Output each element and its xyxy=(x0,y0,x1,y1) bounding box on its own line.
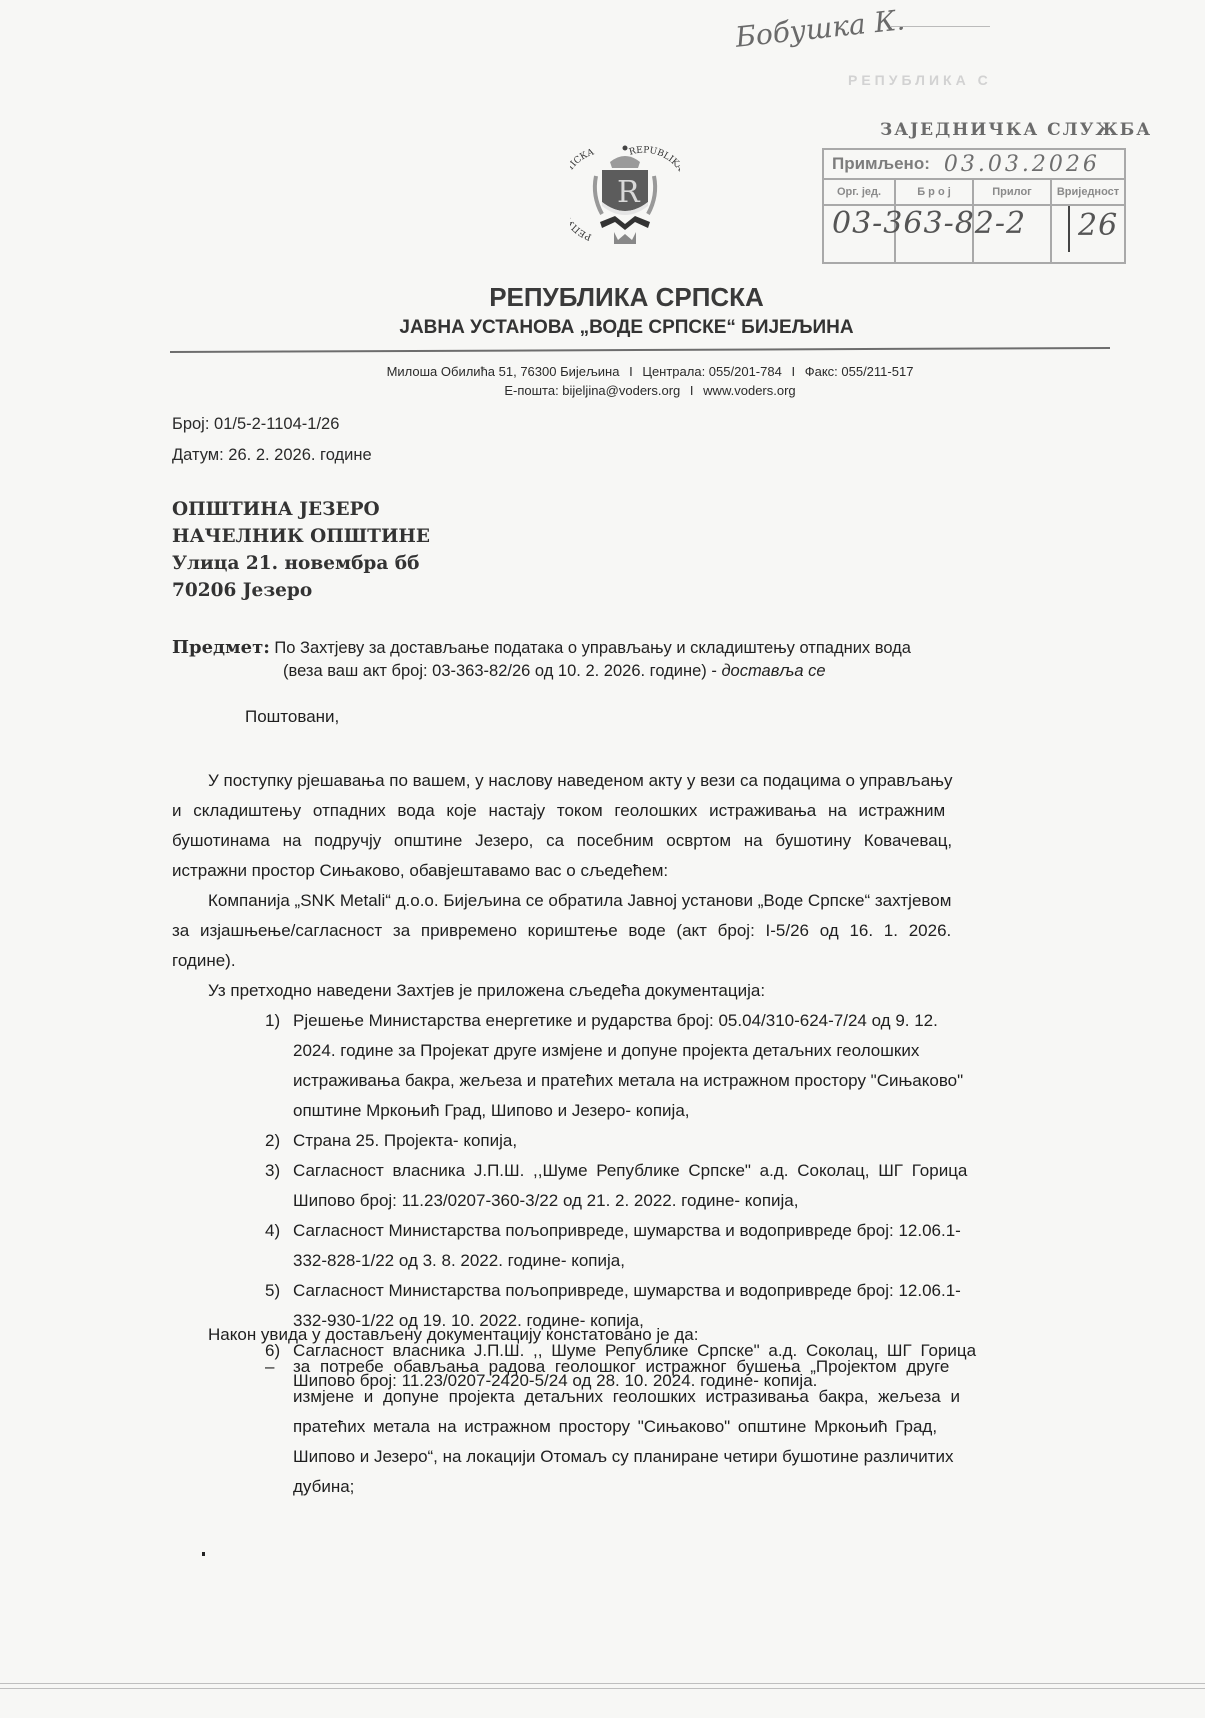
scan-edge-line xyxy=(0,1683,1205,1684)
scan-edge-line xyxy=(0,1688,1205,1689)
stamp-received-label: Примљено: xyxy=(832,154,930,174)
subject-text: По Захтјеву за достављање података о упр… xyxy=(274,639,911,657)
letterhead-fax: Факс: 055/211-517 xyxy=(805,364,914,379)
ghost-stamp-text: РЕПУБЛИКА С xyxy=(848,72,992,88)
list-item: 2) Страна 25. Пројекта- копија, xyxy=(265,1126,1065,1156)
stamp-column-headers: Орг. јед. Б р о ј Прилог Вриједност xyxy=(824,180,1124,206)
stamp-col-number: Б р о ј xyxy=(896,180,974,204)
stamp-slash xyxy=(1068,206,1070,252)
paragraph-findings-intro: Након увида у достављену документацију к… xyxy=(208,1320,698,1350)
scan-speck xyxy=(202,1552,205,1556)
document-date: Датум: 26. 2. 2026. године xyxy=(172,446,372,465)
recipient-street: Улица 21. новембра бб xyxy=(172,550,430,577)
subject-label: Предмет: xyxy=(172,637,270,658)
stamp-title: ЗАЈЕДНИЧКА СЛУЖБА xyxy=(880,120,1152,140)
svg-text:R: R xyxy=(617,175,641,210)
recipient-block: ОПШТИНА ЈЕЗЕРО НАЧЕЛНИК ОПШТИНЕ Улица 21… xyxy=(172,496,430,604)
paragraph-company-request: Компанија „SNK Metali“ д.о.о. Бијељина с… xyxy=(172,886,1062,976)
recipient-title: НАЧЕЛНИК ОПШТИНЕ xyxy=(172,523,430,550)
stamp-received-row: Примљено: 03.03.2026 xyxy=(824,150,1124,180)
svg-text:РЕПУБЛИКА СРПСКА: РЕПУБЛИКА СРПСКА xyxy=(570,147,596,241)
list-item: 3) Сагласност власника Ј.П.Ш. ,,Шуме Реп… xyxy=(265,1156,1065,1216)
paragraph-intro: У поступку рјешавања по вашем, у наслову… xyxy=(172,766,1062,886)
stamp-col-attachment: Прилог xyxy=(974,180,1052,204)
coat-of-arms-emblem: РЕПУБЛИКА СРПСКА REPUBLIKA SRPSKA R xyxy=(570,140,680,260)
letterhead-subtitle: ЈАВНА УСТАНОВА „ВОДЕ СРПСКЕ“ БИЈЕЉИНА xyxy=(0,317,1205,339)
letterhead-title: РЕПУБЛИКА СРПСКА xyxy=(0,282,1205,313)
stamp-handwritten-number: 03-363-82-2 xyxy=(832,206,1026,241)
letterhead-website[interactable]: www.voders.org xyxy=(703,383,795,398)
letterhead-contact-line1: Милоша Обилића 51, 76300 Бијељина I Цент… xyxy=(300,364,1000,379)
recipient-city: 70206 Језеро xyxy=(172,577,430,604)
findings-list-item: – за потребе обављања радова геолошког и… xyxy=(265,1352,1093,1502)
recipient-municipality: ОПШТИНА ЈЕЗЕРО xyxy=(172,496,430,523)
subject-reference: (веза ваш акт број: 03-363-82/26 од 10. … xyxy=(283,662,721,680)
document-number: Број: 01/5-2-1104-1/26 xyxy=(172,415,339,434)
list-item: 4) Сагласност Министарства пољопривреде,… xyxy=(265,1216,1065,1276)
reception-stamp: Примљено: 03.03.2026 Орг. јед. Б р о ј П… xyxy=(822,148,1126,264)
stamp-col-value: Вриједност xyxy=(1052,180,1124,204)
list-item: 1) Рјешење Министарства енергетике и руд… xyxy=(265,1006,1065,1126)
handwritten-annotation: Бобушка К. xyxy=(734,3,907,54)
handwritten-underline xyxy=(890,26,990,27)
letterhead-address: Милоша Обилића 51, 76300 Бијељина xyxy=(387,364,620,379)
stamp-col-org: Орг. јед. xyxy=(824,180,896,204)
emblem-icon: РЕПУБЛИКА СРПСКА REPUBLIKA SRPSKA R xyxy=(570,140,680,260)
dash-bullet: – xyxy=(265,1352,274,1382)
letterhead-rule xyxy=(170,347,1110,353)
subject-action: доставља се xyxy=(721,662,825,680)
stamp-handwritten-year: 26 xyxy=(1078,208,1118,243)
letterhead-email[interactable]: Е-пошта: bijeljina@voders.org xyxy=(504,383,680,398)
stamp-received-date: 03.03.2026 xyxy=(944,152,1100,177)
paragraph-documentation-intro: Уз претходно наведени Захтјев је приложе… xyxy=(208,976,765,1006)
letterhead-phone: Централа: 055/201-784 xyxy=(642,364,782,379)
letterhead-contact-line2: Е-пошта: bijeljina@voders.org I www.vode… xyxy=(300,383,1000,398)
salutation: Поштовани, xyxy=(245,702,339,732)
subject-line2: (веза ваш акт број: 03-363-82/26 од 10. … xyxy=(283,662,826,681)
subject-line1: Предмет: По Захтјеву за достављање подат… xyxy=(172,637,911,658)
